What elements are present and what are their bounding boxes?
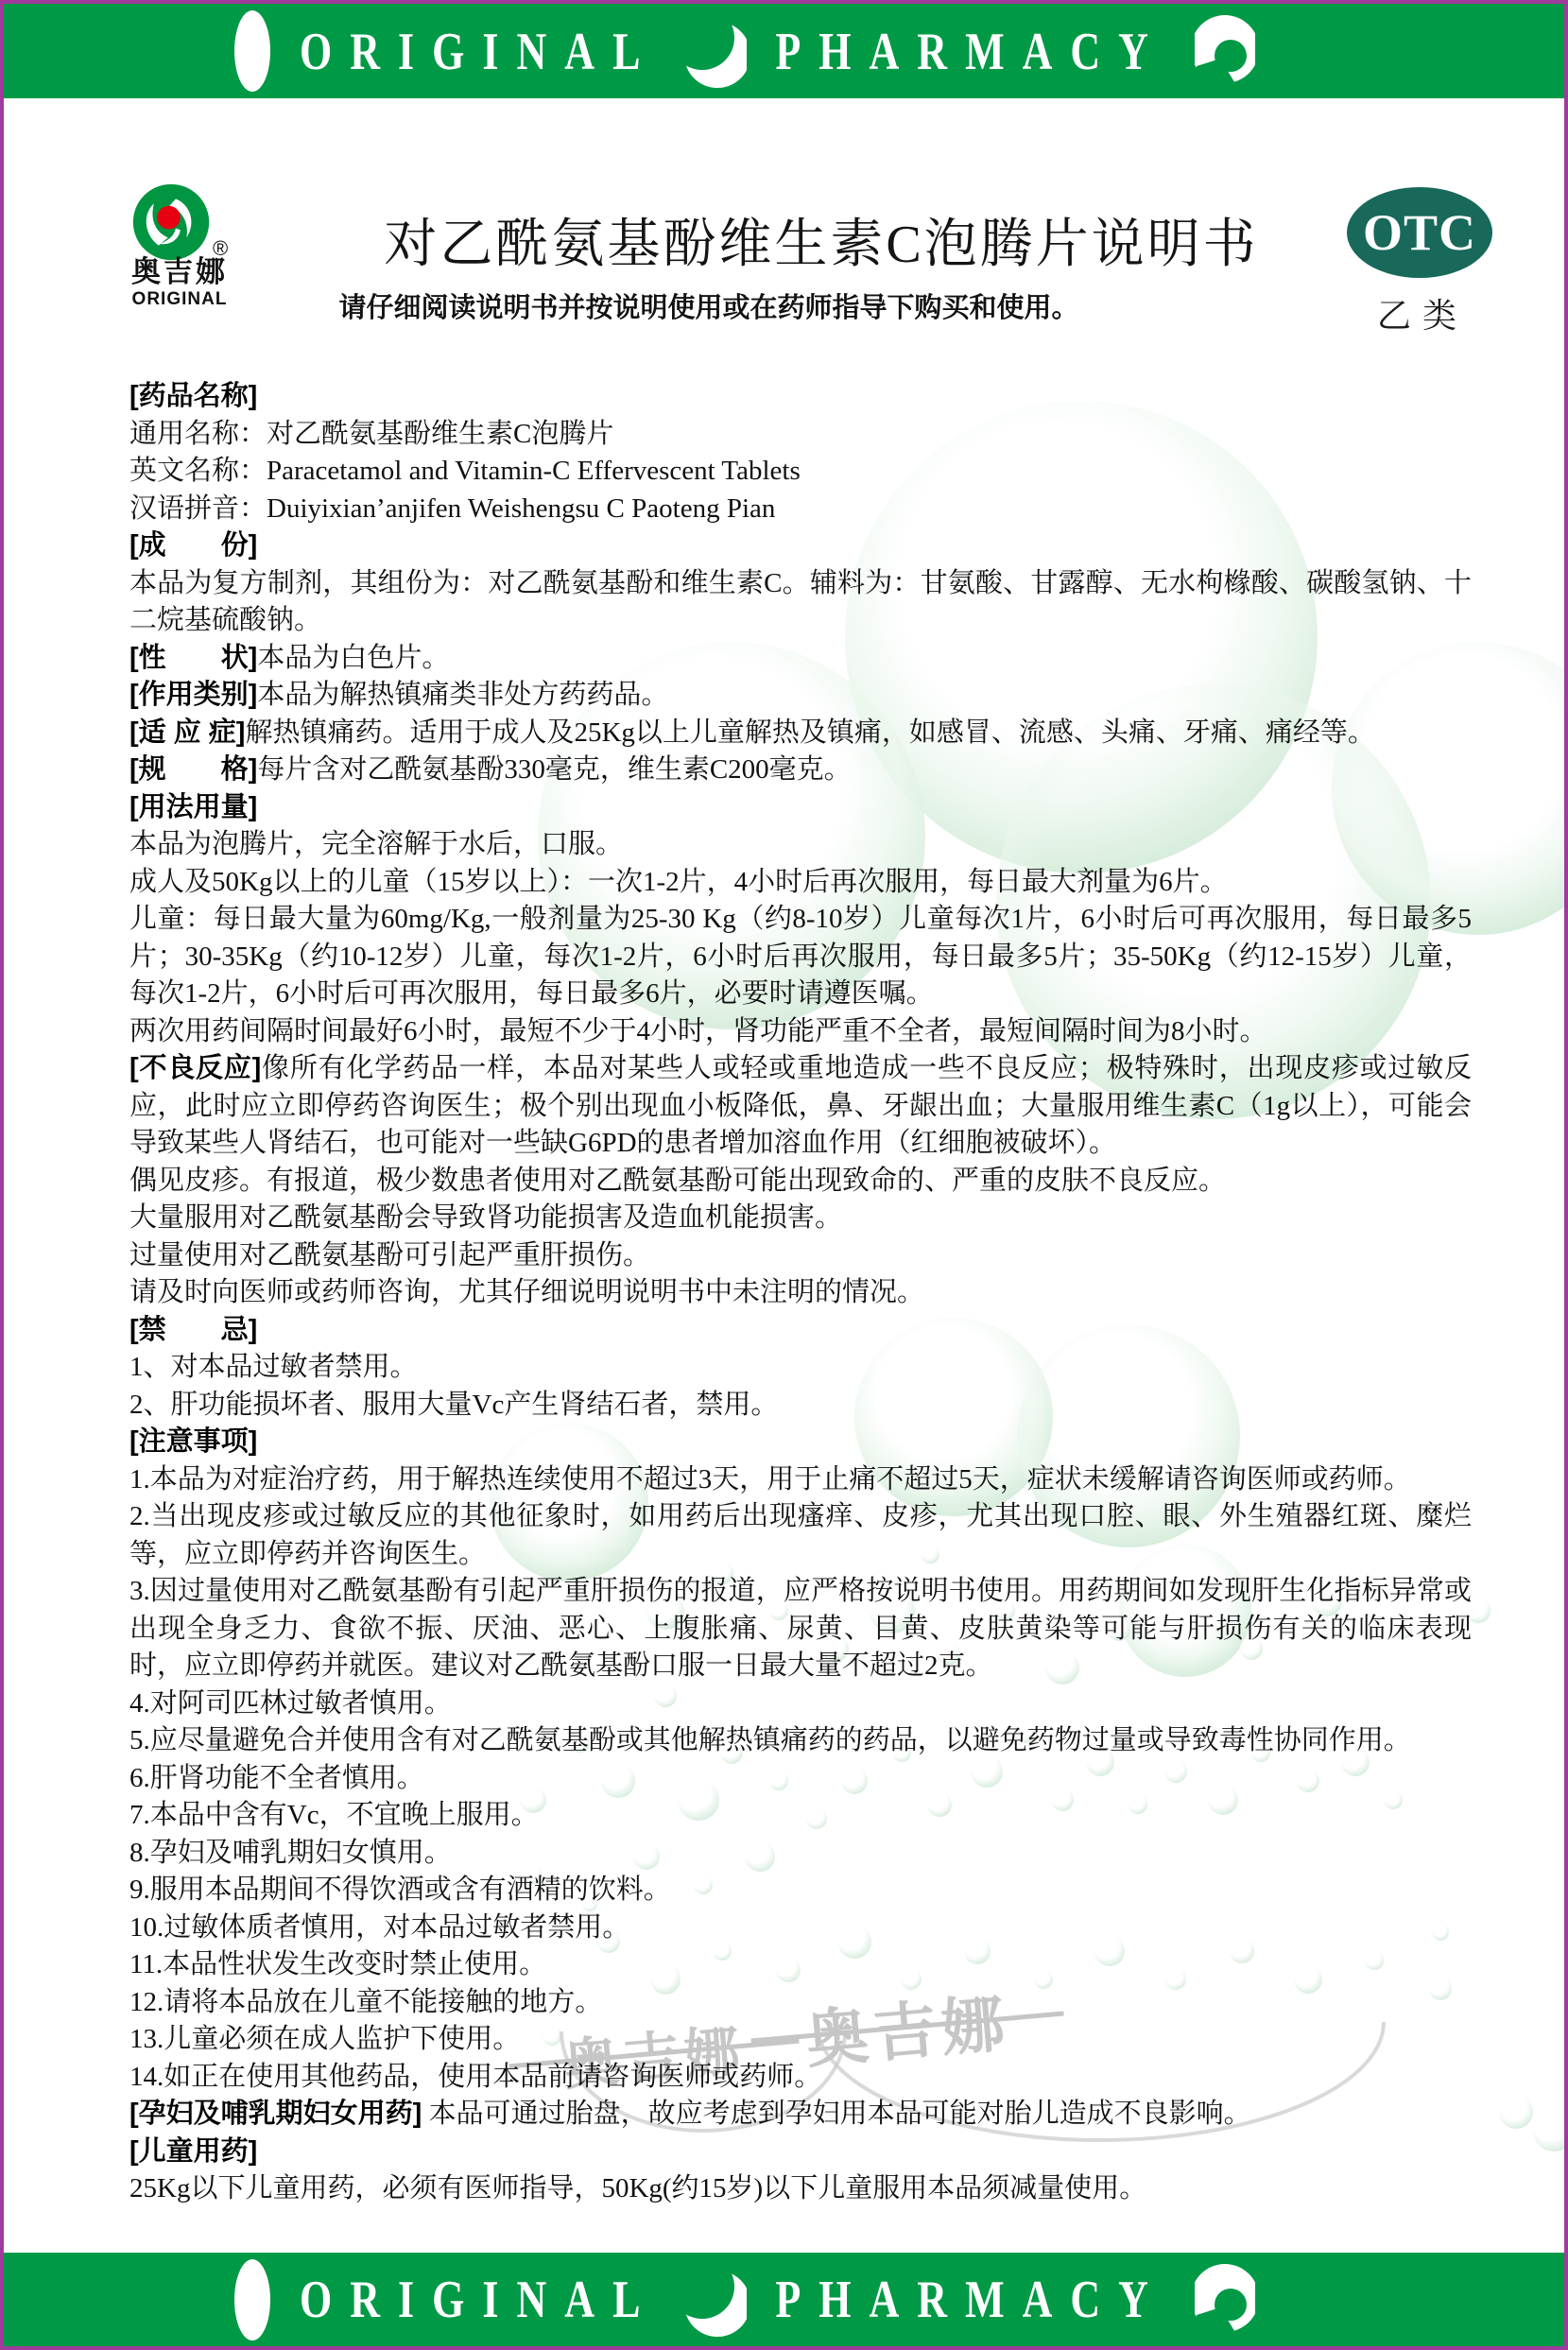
section-paragraph: [规 格]每片含对乙酰氨基酚330毫克，维生素C200毫克。	[129, 752, 1472, 789]
section-paragraph: 4.对阿司匹林过敏者慎用。	[129, 1685, 1472, 1723]
section-paragraph: [不良反应]像所有化学药品一样，本品对某些人或轻或重地造成一些不良反应；极特殊时…	[129, 1050, 1472, 1163]
brand-name-en: ORIGINAL	[123, 289, 236, 310]
section-paragraph: 2、肝功能损坏者、服用大量Vc产生肾结石者，禁用。	[129, 1387, 1472, 1425]
top-banner: ORIGINAL PHARMACY	[4, 4, 1564, 98]
section-paragraph: 10.过敏体质者慎用，对本品过敏者禁用。	[129, 1909, 1472, 1947]
section-paragraph: 6.肝肾功能不全者慎用。	[129, 1760, 1472, 1798]
banner-word-original: ORIGINAL	[300, 2269, 658, 2330]
swirl-icon	[1195, 11, 1255, 91]
page-title: 对乙酰氨基酚维生素C泡腾片说明书	[316, 202, 1327, 278]
section-paragraph: 汉语拼音：Duiyixian’anjifen Weishengsu C Paot…	[129, 491, 1472, 528]
page-subtitle: 请仔细阅读说明书并按说明使用或在药师指导下购买和使用。	[335, 286, 1083, 325]
section-paragraph: 1.本品为对症治疗药，用于解热连续使用不超过3天，用于止痛不超过5天，症状未缓解…	[129, 1461, 1472, 1499]
section-heading: [成 份]	[129, 530, 257, 561]
section-paragraph: 14.如正在使用其他药品，使用本品前请咨询医师或药师。	[129, 2059, 1472, 2097]
banner-word-pharmacy: PHARMACY	[775, 2269, 1166, 2330]
crescent-icon	[686, 2259, 747, 2341]
banner-word-original: ORIGINAL	[300, 20, 658, 81]
section-paragraph: 12.请将本品放在儿童不能接触的地方。	[129, 1984, 1472, 2022]
section-paragraph: [孕妇及哺乳期妇女用药] 本品可通过胎盘，故应考虑到孕妇用本品可能对胎儿造成不良…	[129, 2096, 1472, 2134]
section-paragraph: 9.服用本品期间不得饮酒或含有酒精的饮料。	[129, 1872, 1472, 1909]
section-heading: [性 状]	[129, 643, 257, 673]
banner-word-pharmacy: PHARMACY	[775, 20, 1166, 81]
section-paragraph: [注意事项]	[129, 1424, 1472, 1461]
section-paragraph: 11.本品性状发生改变时禁止使用。	[129, 1946, 1472, 1984]
section-heading: [规 格]	[129, 754, 257, 785]
otc-badge: OTC	[1347, 187, 1492, 278]
section-paragraph: [药品名称]	[129, 378, 1472, 416]
section-paragraph: [作用类别]本品为解热镇痛类非处方药药品。	[129, 677, 1472, 715]
bottom-banner-content: ORIGINAL PHARMACY	[233, 2258, 1255, 2341]
section-heading: [不良反应]	[129, 1053, 261, 1083]
section-paragraph: [儿童用药]	[129, 2134, 1472, 2171]
section-paragraph: 本品为复方制剂，其组份为：对乙酰氨基酚和维生素C。辅料为：甘氨酸、甘露醇、无水枸…	[129, 565, 1472, 640]
otc-class-label: 乙类	[1347, 289, 1492, 337]
section-paragraph: 偶见皮疹。有报道，极少数患者使用对乙酰氨基酚可能出现致命的、严重的皮肤不良反应。	[129, 1163, 1472, 1201]
swirl-icon	[1195, 2260, 1255, 2340]
section-paragraph: 8.孕妇及哺乳期妇女慎用。	[129, 1835, 1472, 1873]
bottom-banner: ORIGINAL PHARMACY	[4, 2253, 1564, 2346]
section-paragraph: 3.因过量使用对乙酰氨基酚有引起严重肝损伤的报道，应严格按说明书使用。用药期间如…	[129, 1573, 1472, 1685]
section-paragraph: 5.应尽量避免合并使用含有对乙酰氨基酚或其他解热镇痛药的药品，以避免药物过量或导…	[129, 1722, 1472, 1760]
top-banner-content: ORIGINAL PHARMACY	[233, 9, 1255, 93]
section-paragraph: 2.当出现皮疹或过敏反应的其他征象时，如用药后出现瘙痒、皮疹，尤其出现口腔、眼、…	[129, 1498, 1472, 1573]
ellipse-icon	[233, 2258, 271, 2341]
bubble-decoration	[1533, 2110, 1568, 2151]
section-paragraph: [适 应 症]解热镇痛药。适用于成人及25Kg以上儿童解热及镇痛，如感冒、流感、…	[129, 715, 1472, 752]
section-paragraph: 请及时向医师或药师咨询，尤其仔细说明说明书中未注明的情况。	[129, 1274, 1472, 1312]
section-heading: [儿童用药]	[129, 2136, 257, 2167]
section-paragraph: 过量使用对乙酰氨基酚可引起严重肝损伤。	[129, 1237, 1472, 1275]
section-paragraph: 本品为泡腾片，完全溶解于水后，口服。	[129, 826, 1472, 864]
section-paragraph: 两次用药间隔时间最好6小时，最短不少于4小时，肾功能严重不全者，最短间隔时间为8…	[129, 1013, 1472, 1051]
leaflet-page: ORIGINAL PHARMACY ® 奥吉娜 OR	[0, 0, 1568, 2350]
section-heading: [禁 忌]	[129, 1315, 257, 1345]
section-paragraph: 大量服用对乙酰氨基酚会导致肾功能损害及造血机能损害。	[129, 1200, 1472, 1237]
crescent-icon	[686, 10, 747, 92]
section-paragraph: 儿童：每日最大量为60mg/Kg,一般剂量为25-30 Kg（约8-10岁）儿童…	[129, 901, 1472, 1013]
brand-logo-icon	[132, 183, 210, 261]
section-paragraph: [性 状]本品为白色片。	[129, 640, 1472, 678]
section-heading: [作用类别]	[129, 680, 257, 710]
section-heading: [适 应 症]	[129, 717, 245, 748]
section-paragraph: 1、对本品过敏者禁用。	[129, 1349, 1472, 1387]
section-paragraph: 25Kg以下儿童用药，必须有医师指导，50Kg(约15岁)以下儿童服用本品须减量…	[129, 2170, 1472, 2208]
brand-name-cn: 奥吉娜	[123, 257, 236, 288]
section-paragraph: 成人及50Kg以上的儿童（15岁以上）：一次1-2片，4小时后再次服用，每日最大…	[129, 864, 1472, 902]
otc-label: OTC	[1363, 203, 1476, 262]
ellipse-icon	[233, 9, 271, 93]
section-heading: [孕妇及哺乳期妇女用药]	[129, 2099, 422, 2129]
section-paragraph: 通用名称：对乙酰氨基酚维生素C泡腾片	[129, 416, 1472, 454]
section-paragraph: [禁 忌]	[129, 1312, 1472, 1350]
section-paragraph: 7.本品中含有Vc，不宜晚上服用。	[129, 1797, 1472, 1835]
leaflet-body: [药品名称]通用名称：对乙酰氨基酚维生素C泡腾片英文名称：Paracetamol…	[129, 378, 1472, 2208]
section-paragraph: [成 份]	[129, 527, 1472, 565]
section-heading: [用法用量]	[129, 792, 257, 822]
section-heading: [药品名称]	[129, 381, 257, 411]
section-paragraph: [用法用量]	[129, 789, 1472, 827]
section-paragraph: 英文名称：Paracetamol and Vitamin-C Effervesc…	[129, 453, 1472, 491]
section-paragraph: 13.儿童必须在成人监护下使用。	[129, 2021, 1472, 2059]
section-heading: [注意事项]	[129, 1426, 257, 1457]
bubble-decoration	[1499, 2095, 1533, 2129]
